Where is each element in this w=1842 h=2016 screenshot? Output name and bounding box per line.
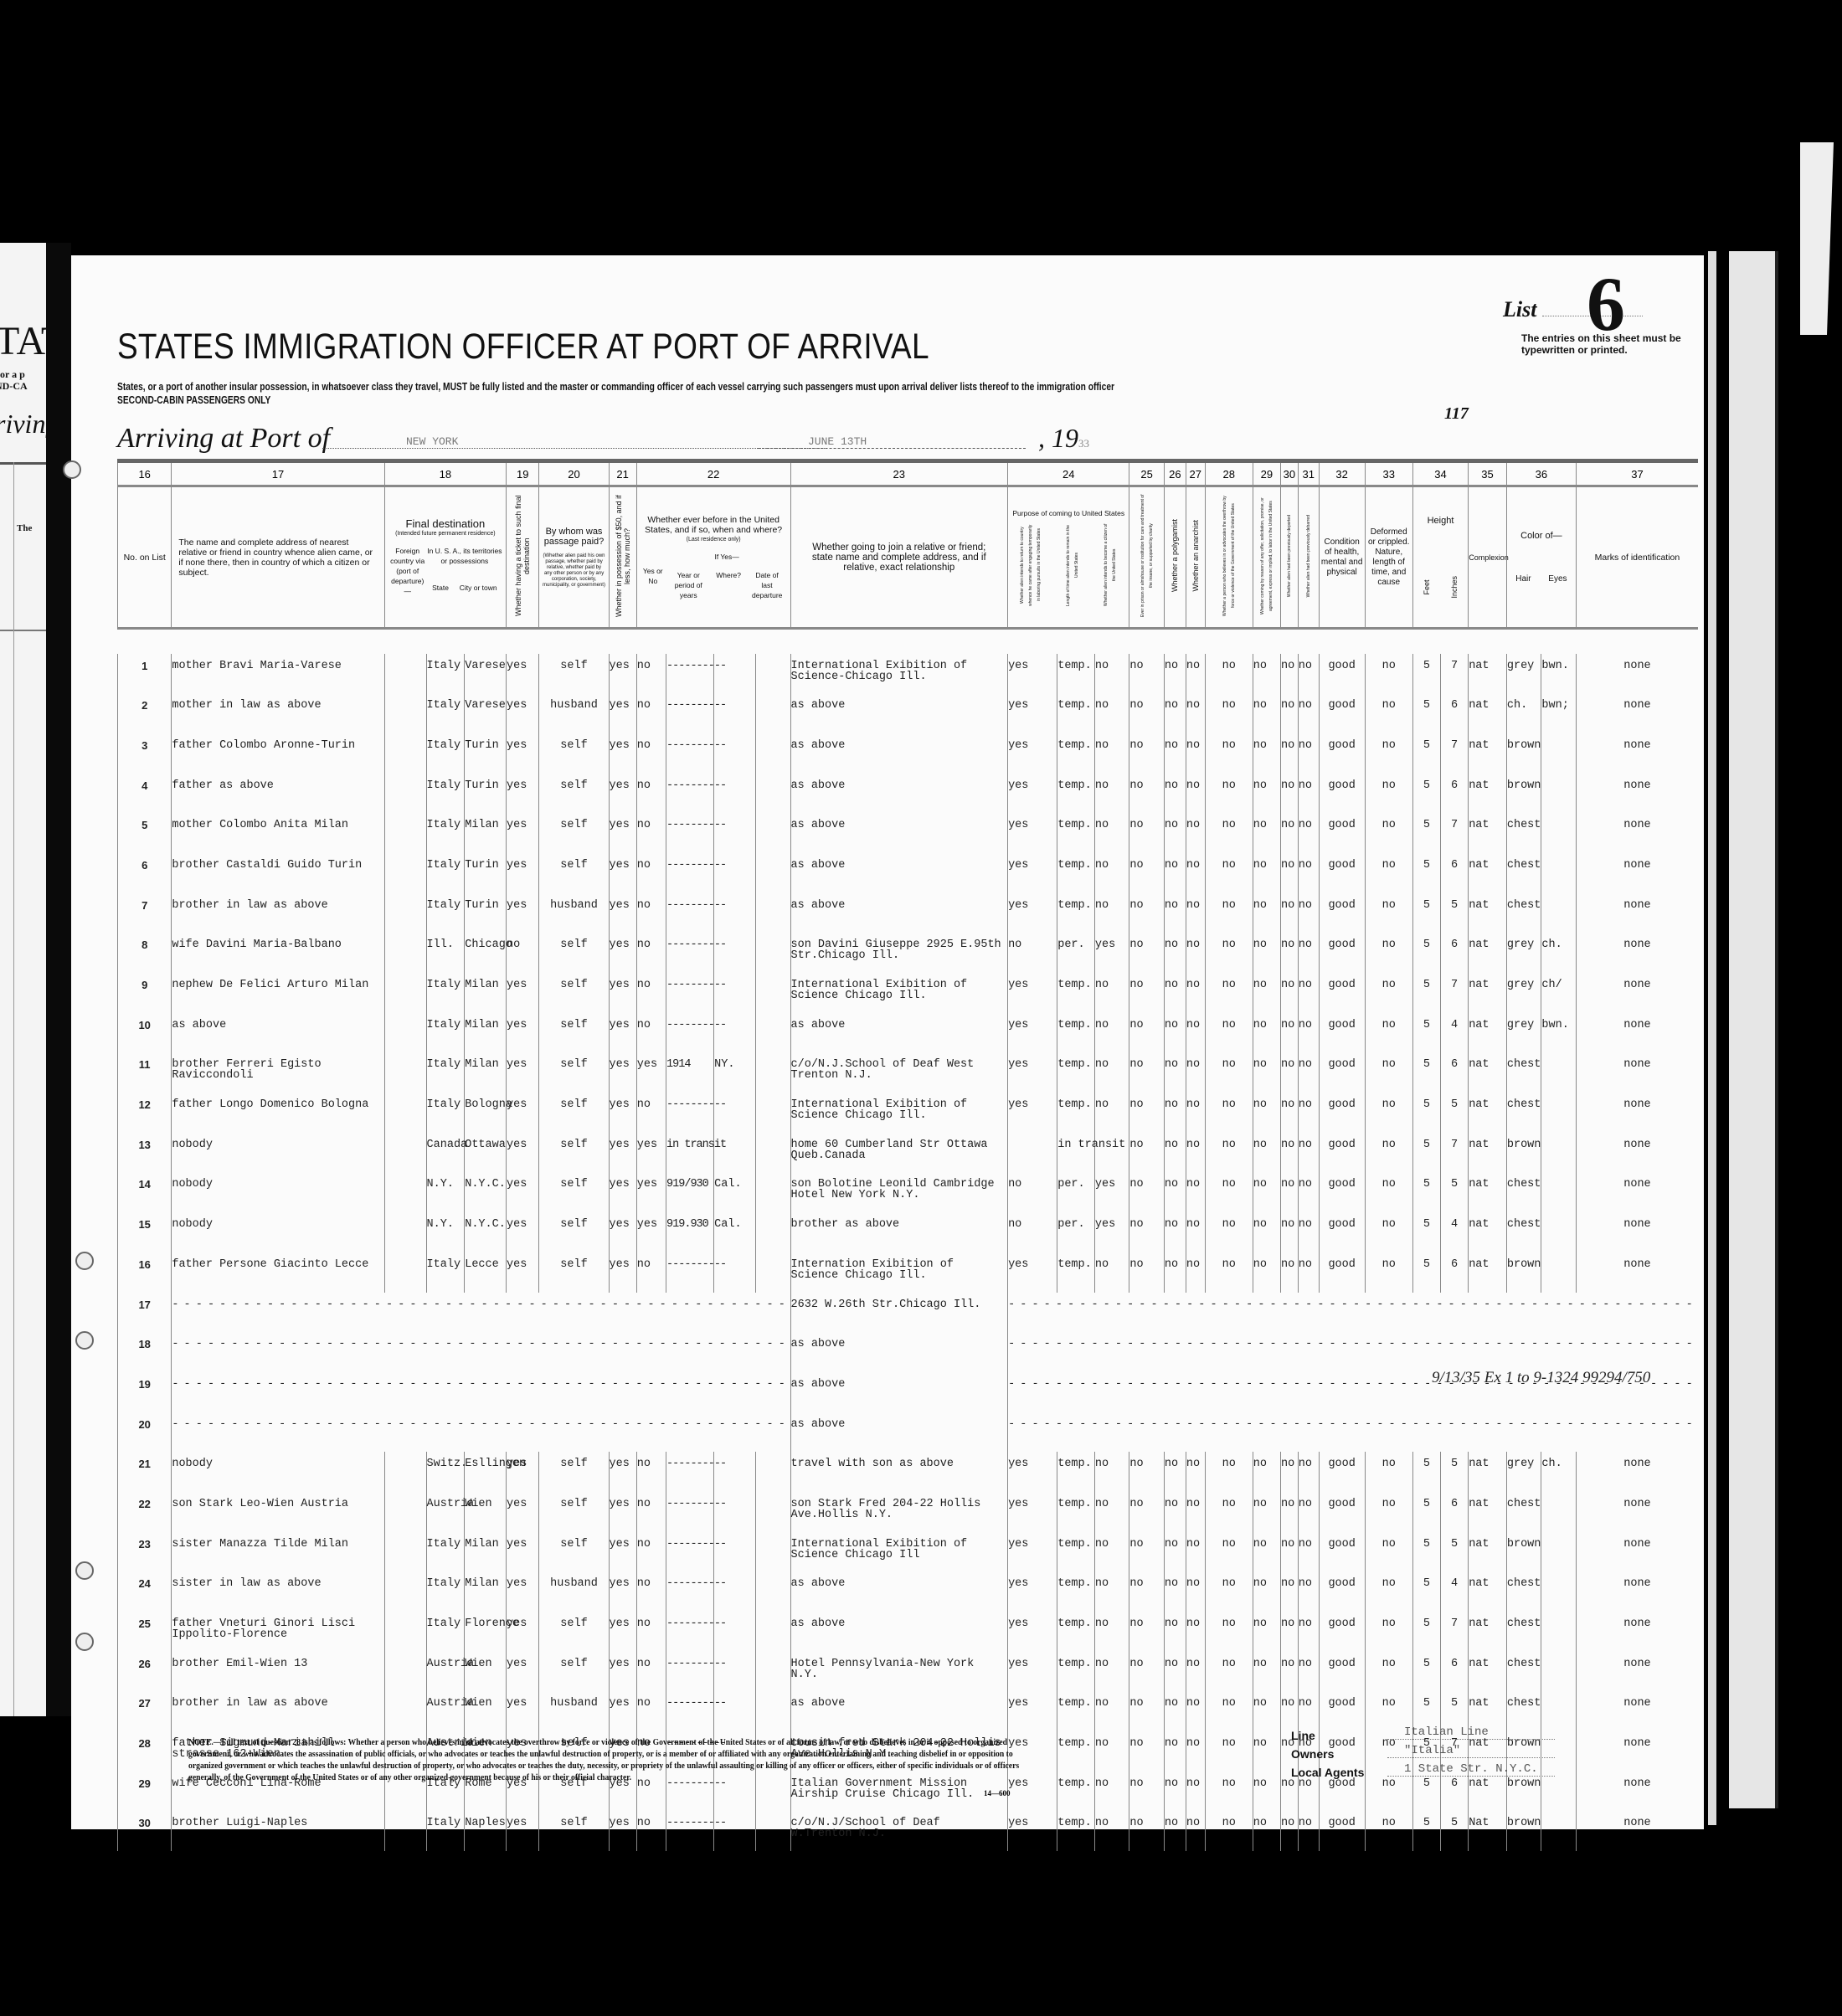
foreign-via-cell bbox=[384, 1212, 426, 1252]
table-row: 6brother Castaldi Guido TurinItalyTuriny… bbox=[118, 853, 1699, 893]
polygamist-cell: no bbox=[1164, 1772, 1186, 1812]
purpose-length-cell: temp. bbox=[1057, 654, 1095, 694]
shipping-line-block: LineItalian Line Owners"Italia" Local Ag… bbox=[1291, 1729, 1364, 1784]
nearest-relative-cell: nobody bbox=[172, 1172, 384, 1212]
purpose-citizen-cell: no bbox=[1094, 1052, 1129, 1093]
deformed-cell: no bbox=[1365, 973, 1412, 1013]
row-number: 16 bbox=[118, 1252, 172, 1293]
ticket-label: Whether having a ticket to such final de… bbox=[514, 493, 531, 619]
ticket-cell: yes bbox=[507, 1252, 539, 1293]
health-cell: good bbox=[1319, 1212, 1365, 1252]
colnum-25: 25 bbox=[1129, 461, 1165, 486]
state-cell: Italy bbox=[426, 1093, 465, 1133]
hair-color-cell: chest bbox=[1506, 1571, 1541, 1612]
q28-cell: no bbox=[1205, 1532, 1253, 1572]
blank-dash-cell: - - - - - - - - - - - - - - - - - - - - … bbox=[172, 1332, 790, 1372]
prison-cell: no bbox=[1129, 1492, 1165, 1532]
health-cell: good bbox=[1319, 893, 1365, 933]
health-cell: good bbox=[1319, 1612, 1365, 1652]
header-debarred: Whether alien had been previously debarr… bbox=[1298, 486, 1319, 629]
deported-cell: no bbox=[1281, 1492, 1299, 1532]
marks-cell: none bbox=[1576, 893, 1698, 933]
complexion-cell: nat bbox=[1469, 853, 1507, 893]
deformed-cell: no bbox=[1365, 1093, 1412, 1133]
row-number: 2 bbox=[118, 693, 172, 733]
join-relative-cell: International Exibition of Science-Chica… bbox=[790, 654, 1008, 694]
eye-color-cell bbox=[1541, 1612, 1577, 1652]
row-number: 12 bbox=[118, 1093, 172, 1133]
height-inches-cell: 6 bbox=[1440, 1652, 1468, 1692]
header-complexion: Complexion bbox=[1469, 486, 1507, 629]
marks-cell: none bbox=[1576, 693, 1698, 733]
table-row: 3father Colombo Aronne-TurinItalyTurinye… bbox=[118, 733, 1699, 774]
polygamist-cell: no bbox=[1164, 853, 1186, 893]
join-relative-cell: as above bbox=[790, 733, 1008, 774]
health-cell: good bbox=[1319, 1571, 1365, 1612]
year-period-cell: ---------- bbox=[666, 733, 714, 774]
deformed-cell: no bbox=[1365, 1772, 1412, 1812]
header-deported: Whether alien had been previously deport… bbox=[1281, 486, 1299, 629]
paid-by-cell: husband bbox=[539, 693, 609, 733]
join-relative-cell: Internation Exibition of Science Chicago… bbox=[790, 1252, 1008, 1293]
nearest-relative-cell: nobody bbox=[172, 1133, 384, 1173]
anarchist-cell: no bbox=[1186, 1093, 1205, 1133]
q29-cell: no bbox=[1253, 1571, 1280, 1612]
city-cell: Chicago bbox=[465, 933, 507, 973]
deported-cell: no bbox=[1281, 1052, 1299, 1093]
nearest-relative-cell: father Colombo Aronne-Turin bbox=[172, 733, 384, 774]
q29-cell: no bbox=[1253, 1811, 1280, 1851]
purpose-return-cell: yes bbox=[1008, 1571, 1057, 1612]
hair-color-cell: grey bbox=[1506, 1452, 1541, 1492]
deformed-cell: no bbox=[1365, 733, 1412, 774]
deformed-cell: no bbox=[1365, 1492, 1412, 1532]
debarred-cell: no bbox=[1298, 1013, 1319, 1053]
eye-color-cell bbox=[1541, 1492, 1577, 1532]
marks-cell: none bbox=[1576, 1093, 1698, 1133]
nearest-relative-cell: brother Emil-Wien 13 bbox=[172, 1652, 384, 1692]
purpose-return-cell: yes bbox=[1008, 1452, 1057, 1492]
height-feet-cell: 5 bbox=[1412, 853, 1440, 893]
colnum-20: 20 bbox=[539, 461, 609, 486]
height-feet-cell: 5 bbox=[1412, 693, 1440, 733]
complexion-cell: nat bbox=[1469, 973, 1507, 1013]
purpose-citizen-cell: no bbox=[1094, 1731, 1129, 1772]
anarchist-label: Whether an anarchist bbox=[1191, 520, 1200, 592]
feet-label: Feet bbox=[1423, 576, 1431, 599]
ticket-cell: yes bbox=[507, 693, 539, 733]
prison-cell: no bbox=[1129, 1532, 1165, 1572]
polygamist-cell: no bbox=[1164, 1172, 1186, 1212]
last-departure-cell bbox=[755, 1133, 790, 1173]
typewritten-note: The entries on this sheet must be typewr… bbox=[1521, 332, 1731, 356]
purpose-citizen-cell: no bbox=[1094, 1532, 1129, 1572]
eye-color-cell bbox=[1541, 1212, 1577, 1252]
eye-color-cell: ch. bbox=[1541, 933, 1577, 973]
paid-by-cell: self bbox=[539, 973, 609, 1013]
state-cell: Italy bbox=[426, 1571, 465, 1612]
paid-by-cell: self bbox=[539, 1492, 609, 1532]
table-row: 12father Longo Domenico BolognaItalyBolo… bbox=[118, 1093, 1699, 1133]
prison-cell: no bbox=[1129, 893, 1165, 933]
last-departure-cell bbox=[755, 933, 790, 973]
health-cell: good bbox=[1319, 654, 1365, 694]
debarred-cell: no bbox=[1298, 1691, 1319, 1731]
prev-header-fragment: The bbox=[17, 523, 32, 533]
height-inches-cell: 6 bbox=[1440, 1052, 1468, 1093]
last-departure-cell bbox=[755, 1612, 790, 1652]
ticket-cell: yes bbox=[507, 1133, 539, 1173]
deformed-cell: no bbox=[1365, 1252, 1412, 1293]
money-cell: yes bbox=[609, 1452, 636, 1492]
nearest-relative-cell: mother Bravi Maria-Varese bbox=[172, 654, 384, 694]
before-yes-no-cell: no bbox=[636, 733, 666, 774]
foreign-via-cell bbox=[384, 774, 426, 814]
ticket-cell: yes bbox=[507, 1172, 539, 1212]
q28-cell: no bbox=[1205, 1731, 1253, 1772]
height-inches-cell: 4 bbox=[1440, 1571, 1468, 1612]
deformed-cell: no bbox=[1365, 693, 1412, 733]
height-inches-cell: 6 bbox=[1440, 933, 1468, 973]
colnum-34: 34 bbox=[1412, 461, 1468, 486]
purpose-citizen-cell: no bbox=[1094, 1811, 1129, 1851]
marks-cell: none bbox=[1576, 1652, 1698, 1692]
health-cell: good bbox=[1319, 693, 1365, 733]
agents-row: Local Agents1 State Str. N.Y.C. bbox=[1291, 1766, 1364, 1784]
marks-cell: none bbox=[1576, 1052, 1698, 1093]
eye-color-cell bbox=[1541, 774, 1577, 814]
money-cell: yes bbox=[609, 1612, 636, 1652]
paid-by-cell: self bbox=[539, 1013, 609, 1053]
polygamist-cell: no bbox=[1164, 1811, 1186, 1851]
health-cell: good bbox=[1319, 1013, 1365, 1053]
eye-color-cell bbox=[1541, 1133, 1577, 1173]
arriving-label: Arriving at Port of bbox=[117, 423, 330, 455]
deformed-cell: no bbox=[1365, 1133, 1412, 1173]
row-number: 30 bbox=[118, 1811, 172, 1851]
debarred-label: Whether alien had been previously debarr… bbox=[1304, 515, 1313, 597]
eye-color-cell bbox=[1541, 853, 1577, 893]
join-relative-cell: as above bbox=[790, 853, 1008, 893]
table-row: 25father Vneturi Ginori Lisci Ippolito-F… bbox=[118, 1612, 1699, 1652]
eye-color-cell: bwn. bbox=[1541, 654, 1577, 694]
purpose-length-cell: temp. bbox=[1057, 774, 1095, 814]
colnum-24: 24 bbox=[1008, 461, 1129, 486]
header-prison: Ever in prison or almshouse or instituti… bbox=[1129, 486, 1165, 629]
complexion-cell: nat bbox=[1469, 813, 1507, 853]
year-period-cell: 919.930 bbox=[666, 1212, 714, 1252]
debarred-cell: no bbox=[1298, 1492, 1319, 1532]
money-cell: yes bbox=[609, 893, 636, 933]
q28-cell: no bbox=[1205, 1452, 1253, 1492]
purpose-citizen-cell: no bbox=[1094, 1772, 1129, 1812]
header-no-on-list: No. on List bbox=[118, 486, 172, 629]
debarred-cell: no bbox=[1298, 693, 1319, 733]
ticket-cell: yes bbox=[507, 1492, 539, 1532]
anarchist-cell: no bbox=[1186, 1652, 1205, 1692]
row-number: 14 bbox=[118, 1172, 172, 1212]
nearest-relative-cell: brother in law as above bbox=[172, 1691, 384, 1731]
page-number: 117 bbox=[1444, 404, 1469, 424]
prison-label: Ever in prison or almshouse or instituti… bbox=[1139, 493, 1155, 619]
purpose-return-cell bbox=[1008, 1133, 1057, 1173]
height-feet-cell: 5 bbox=[1412, 1571, 1440, 1612]
height-feet-cell: 5 bbox=[1412, 1013, 1440, 1053]
city-cell: Wien bbox=[465, 1691, 507, 1731]
table-row: 16father Persone Giacinto LecceItalyLecc… bbox=[118, 1252, 1699, 1293]
marks-cell: none bbox=[1576, 853, 1698, 893]
height-feet-cell: 5 bbox=[1412, 1452, 1440, 1492]
purpose-length-cell: temp. bbox=[1057, 1652, 1095, 1692]
colnum-16: 16 bbox=[118, 461, 172, 486]
row-number: 4 bbox=[118, 774, 172, 814]
nearest-relative-cell: as above bbox=[172, 1013, 384, 1053]
handwritten-annotation: 9/13/35 Ex 1 to 9-1324 99294/750 bbox=[1432, 1369, 1650, 1387]
debarred-cell: no bbox=[1298, 853, 1319, 893]
height-feet-cell: 5 bbox=[1412, 1772, 1440, 1812]
join-relative-cell: son Bolotine Leonild Cambridge Hotel New… bbox=[790, 1172, 1008, 1212]
height-inches-cell: 4 bbox=[1440, 1013, 1468, 1053]
height-inches-cell: 5 bbox=[1440, 1172, 1468, 1212]
join-relative-cell: 2632 W.26th Str.Chicago Ill. bbox=[790, 1293, 1008, 1333]
year-period-cell: ---------- bbox=[666, 1013, 714, 1053]
last-departure-cell bbox=[755, 1093, 790, 1133]
paid-by-cell: self bbox=[539, 733, 609, 774]
nearest-relative-cell: son Stark Leo-Wien Austria bbox=[172, 1492, 384, 1532]
purpose-length-cell: temp. bbox=[1057, 733, 1095, 774]
ticket-cell: no bbox=[507, 933, 539, 973]
blank-dash-cell: - - - - - - - - - - - - - - - - - - - - … bbox=[1008, 1293, 1698, 1333]
paid-by-cell: self bbox=[539, 774, 609, 814]
purpose-return-cell: yes bbox=[1008, 1652, 1057, 1692]
city-cell: N.Y.C. bbox=[465, 1172, 507, 1212]
passenger-manifest-table: 16 17 18 19 20 21 22 23 24 25 26 27 28 2… bbox=[117, 459, 1698, 1851]
health-cell: good bbox=[1319, 1252, 1365, 1293]
header-deformed: Deformed or crippled. Nature, length of … bbox=[1365, 486, 1412, 629]
table-row: 13nobodyCanadaOttawayesselfyesyesin tran… bbox=[118, 1133, 1699, 1173]
year-period-cell: in transit bbox=[666, 1133, 714, 1173]
last-departure-cell bbox=[755, 893, 790, 933]
hair-color-cell: chest bbox=[1506, 1612, 1541, 1652]
before-yes-no-cell: no bbox=[636, 853, 666, 893]
complexion-cell: nat bbox=[1469, 654, 1507, 694]
colnum-26: 26 bbox=[1164, 461, 1186, 486]
state-cell: Italy bbox=[426, 853, 465, 893]
where-cell: Cal. bbox=[714, 1172, 756, 1212]
purpose-return-cell: yes bbox=[1008, 654, 1057, 694]
complexion-cell: nat bbox=[1469, 1571, 1507, 1612]
health-cell: good bbox=[1319, 1093, 1365, 1133]
join-relative-cell: as above bbox=[790, 1372, 1008, 1412]
prison-cell: no bbox=[1129, 933, 1165, 973]
line-row: LineItalian Line bbox=[1291, 1729, 1364, 1747]
last-departure-cell bbox=[755, 813, 790, 853]
eye-color-cell bbox=[1541, 813, 1577, 853]
city-cell: Turin bbox=[465, 853, 507, 893]
polygamist-cell: no bbox=[1164, 774, 1186, 814]
marks-cell: none bbox=[1576, 973, 1698, 1013]
complexion-cell: nat bbox=[1469, 693, 1507, 733]
q29-cell: no bbox=[1253, 1691, 1280, 1731]
q29-cell: no bbox=[1253, 693, 1280, 733]
purpose-return-cell: no bbox=[1008, 1172, 1057, 1212]
prev-rule bbox=[0, 630, 46, 631]
last-departure-label: Date of last departure bbox=[752, 570, 782, 600]
q28-cell: no bbox=[1205, 853, 1253, 893]
money-cell: yes bbox=[609, 1172, 636, 1212]
row-number: 27 bbox=[118, 1691, 172, 1731]
anarchist-cell: no bbox=[1186, 1532, 1205, 1572]
before-in-us-sublabel: (Last residence only) bbox=[640, 535, 788, 545]
purpose-citizen-cell: yes bbox=[1094, 1212, 1129, 1252]
nearest-relative-cell: mother Colombo Anita Milan bbox=[172, 813, 384, 853]
prison-cell: no bbox=[1129, 774, 1165, 814]
foreign-via-cell bbox=[384, 654, 426, 694]
purpose-length-cell: per. bbox=[1057, 933, 1095, 973]
table-row: 17- - - - - - - - - - - - - - - - - - - … bbox=[118, 1293, 1699, 1333]
q29-cell: no bbox=[1253, 1452, 1280, 1492]
polygamist-cell: no bbox=[1164, 1731, 1186, 1772]
eyes-label: Eyes bbox=[1548, 574, 1567, 584]
height-feet-cell: 5 bbox=[1412, 1212, 1440, 1252]
paid-by-cell: self bbox=[539, 1212, 609, 1252]
last-departure-cell bbox=[755, 774, 790, 814]
hair-color-cell: grey bbox=[1506, 654, 1541, 694]
port-field: NEW YORK bbox=[322, 435, 825, 449]
city-cell: N.Y.C. bbox=[465, 1212, 507, 1252]
ticket-cell: yes bbox=[507, 1652, 539, 1692]
colnum-28: 28 bbox=[1205, 461, 1253, 486]
anarchist-cell: no bbox=[1186, 1571, 1205, 1612]
deformed-cell: no bbox=[1365, 654, 1412, 694]
q29-cell: no bbox=[1253, 813, 1280, 853]
prev-rule bbox=[0, 462, 46, 465]
q28-cell: no bbox=[1205, 1172, 1253, 1212]
paid-by-cell: self bbox=[539, 1652, 609, 1692]
q28-cell: no bbox=[1205, 1252, 1253, 1293]
complexion-cell: nat bbox=[1469, 774, 1507, 814]
before-yes-no-cell: no bbox=[636, 1492, 666, 1532]
before-yes-no-cell: no bbox=[636, 1612, 666, 1652]
join-relative-cell: International Exibition of Science Chica… bbox=[790, 1093, 1008, 1133]
foreign-via-cell bbox=[384, 1571, 426, 1612]
purpose-return-cell: yes bbox=[1008, 1492, 1057, 1532]
debarred-cell: no bbox=[1298, 1052, 1319, 1093]
complexion-cell: nat bbox=[1469, 1772, 1507, 1812]
height-inches-cell: 7 bbox=[1440, 1133, 1468, 1173]
year-period-cell: ---------- bbox=[666, 1691, 714, 1731]
state-cell: N.Y. bbox=[426, 1172, 465, 1212]
ticket-cell: yes bbox=[507, 1212, 539, 1252]
ticket-cell: yes bbox=[507, 893, 539, 933]
before-yes-no-cell: no bbox=[636, 1093, 666, 1133]
table-row: 14nobodyN.Y.N.Y.C.yesselfyesyes919/930Ca… bbox=[118, 1172, 1699, 1212]
row-number: 8 bbox=[118, 933, 172, 973]
purpose-length-label: Length of time alien intends to remain i… bbox=[1064, 523, 1081, 607]
purpose-length-cell: temp. bbox=[1057, 693, 1095, 733]
usa-label: In U. S. A., its territories or possessi… bbox=[427, 546, 502, 566]
eye-color-cell bbox=[1541, 1571, 1577, 1612]
foreign-via-cell bbox=[384, 693, 426, 733]
year-period-label: Year or period of years bbox=[671, 570, 705, 600]
purpose-citizen-cell: no bbox=[1094, 1571, 1129, 1612]
before-yes-no-cell: no bbox=[636, 654, 666, 694]
money-cell: yes bbox=[609, 1013, 636, 1053]
debarred-cell: no bbox=[1298, 1571, 1319, 1612]
purpose-length-cell: temp. bbox=[1057, 853, 1095, 893]
blank-dash-cell: - - - - - - - - - - - - - - - - - - - - … bbox=[172, 1293, 790, 1333]
q28-cell: no bbox=[1205, 774, 1253, 814]
marks-cell: none bbox=[1576, 1772, 1698, 1812]
marks-cell: none bbox=[1576, 1612, 1698, 1652]
state-cell: Italy bbox=[426, 654, 465, 694]
height-inches-cell: 5 bbox=[1440, 893, 1468, 933]
table-row: 7brother in law as aboveItalyTurinyeshus… bbox=[118, 893, 1699, 933]
q28-cell: no bbox=[1205, 1612, 1253, 1652]
polygamist-cell: no bbox=[1164, 973, 1186, 1013]
q28-cell: no bbox=[1205, 933, 1253, 973]
state-cell: Italy bbox=[426, 1612, 465, 1652]
polygamist-label: Whether a polygamist bbox=[1171, 519, 1179, 592]
punch-hole bbox=[75, 1561, 94, 1580]
table-row: 1mother Bravi Maria-VareseItalyVareseyes… bbox=[118, 654, 1699, 694]
prison-cell: no bbox=[1129, 1212, 1165, 1252]
q29-cell: no bbox=[1253, 853, 1280, 893]
ticket-cell: yes bbox=[507, 1013, 539, 1053]
height-inches-cell: 6 bbox=[1440, 1492, 1468, 1532]
nearest-relative-cell: brother Ferreri Egisto Raviccondoli bbox=[172, 1052, 384, 1093]
deported-cell: no bbox=[1281, 1133, 1299, 1173]
marks-cell: none bbox=[1576, 1811, 1698, 1851]
purpose-citizen-cell: no bbox=[1094, 693, 1129, 733]
table-row: 9nephew De Felici Arturo MilanItalyMilan… bbox=[118, 973, 1699, 1013]
purpose-return-cell: yes bbox=[1008, 1052, 1057, 1093]
last-departure-cell bbox=[755, 1052, 790, 1093]
purpose-citizen-cell: no bbox=[1094, 973, 1129, 1013]
deported-cell: no bbox=[1281, 973, 1299, 1013]
before-yes-no-cell: no bbox=[636, 1571, 666, 1612]
purpose-citizen-cell: no bbox=[1094, 1093, 1129, 1133]
foreign-via-cell bbox=[384, 1093, 426, 1133]
city-cell: Naples bbox=[465, 1811, 507, 1851]
city-cell: Milan bbox=[465, 1571, 507, 1612]
prev-arriving-fragment: riving bbox=[0, 409, 46, 440]
year-period-cell: ---------- bbox=[666, 1252, 714, 1293]
health-cell: good bbox=[1319, 813, 1365, 853]
deported-cell: no bbox=[1281, 1452, 1299, 1492]
state-cell: Italy bbox=[426, 1532, 465, 1572]
city-cell: Florence bbox=[465, 1612, 507, 1652]
hair-color-cell: chest bbox=[1506, 1093, 1541, 1133]
city-cell: Turin bbox=[465, 893, 507, 933]
join-relative-cell: c/o/N.J.School of Deaf West Trenton N.J. bbox=[790, 1052, 1008, 1093]
purpose-length-cell: temp. bbox=[1057, 813, 1095, 853]
punch-hole bbox=[75, 1252, 94, 1270]
row-number: 5 bbox=[118, 813, 172, 853]
marks-cell: none bbox=[1576, 1532, 1698, 1572]
q29-cell: no bbox=[1253, 933, 1280, 973]
question-28-note: NOTE.—Full text of question 28 is as fol… bbox=[188, 1737, 1036, 1784]
nearest-relative-cell: father Longo Domenico Bologna bbox=[172, 1093, 384, 1133]
join-relative-cell: as above bbox=[790, 893, 1008, 933]
row-number: 6 bbox=[118, 853, 172, 893]
foreign-via-cell bbox=[384, 1492, 426, 1532]
deformed-cell: no bbox=[1365, 1052, 1412, 1093]
deported-cell: no bbox=[1281, 813, 1299, 853]
anarchist-cell: no bbox=[1186, 1772, 1205, 1812]
ticket-cell: yes bbox=[507, 654, 539, 694]
nearest-relative-cell: father Persone Giacinto Lecce bbox=[172, 1252, 384, 1293]
